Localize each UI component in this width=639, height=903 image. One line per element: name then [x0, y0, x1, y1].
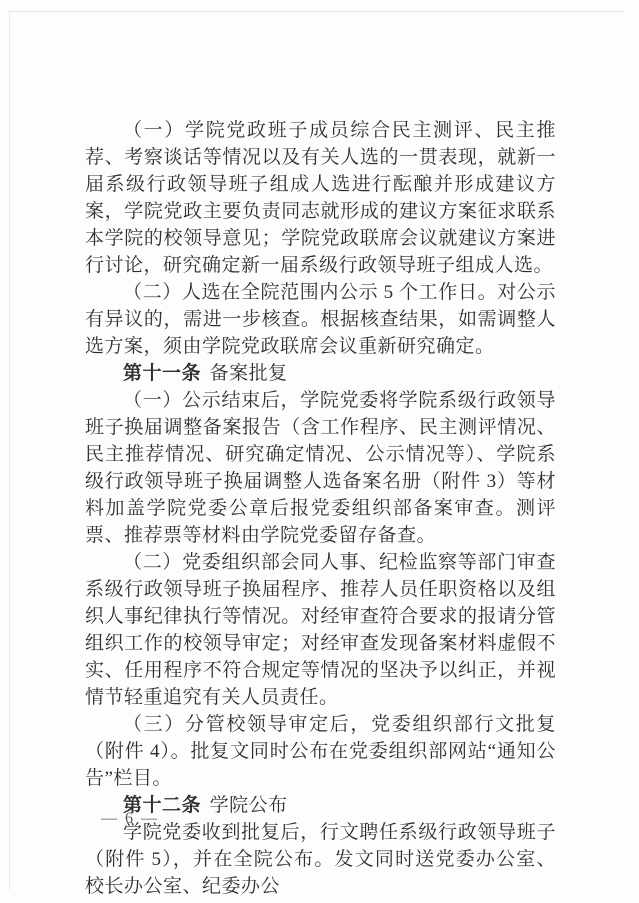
article-title: 备案批复 — [210, 363, 288, 384]
document-page: （一）学院党政班子成员综合民主测评、民主推荐、考察谈话等情况以及有关人选的一贯表… — [0, 0, 639, 903]
paragraph: （二）人选在全院范围内公示 5 个工作日。对公示有异议的，需进一步核查。根据核查… — [85, 279, 556, 360]
page-number: — 6 — — [101, 810, 159, 828]
paragraph: （三）分管校领导审定后，党委组织部行文批复（附件 4）。批复文同时公布在党委组织… — [85, 711, 556, 792]
paragraph: （一）公示结束后，学院党委将学院系级行政领导班子换届调整备案报告（含工作程序、民… — [85, 387, 556, 549]
paragraph: （一）学院党政班子成员综合民主测评、民主推荐、考察谈话等情况以及有关人选的一贯表… — [85, 117, 556, 279]
article-number: 第十一条 — [123, 363, 201, 384]
article-heading: 第十一条备案批复 — [85, 360, 556, 387]
paragraph: 学院党委收到批复后，行文聘任系级行政领导班子（附件 5），并在全院公布。发文同时… — [85, 819, 556, 900]
paragraph: （二）党委组织部会同人事、纪检监察等部门审查系级行政领导班子换届程序、推荐人员任… — [85, 549, 556, 711]
document-body: （一）学院党政班子成员综合民主测评、民主推荐、考察谈话等情况以及有关人选的一贯表… — [85, 117, 556, 900]
article-title: 学院公布 — [210, 795, 288, 816]
